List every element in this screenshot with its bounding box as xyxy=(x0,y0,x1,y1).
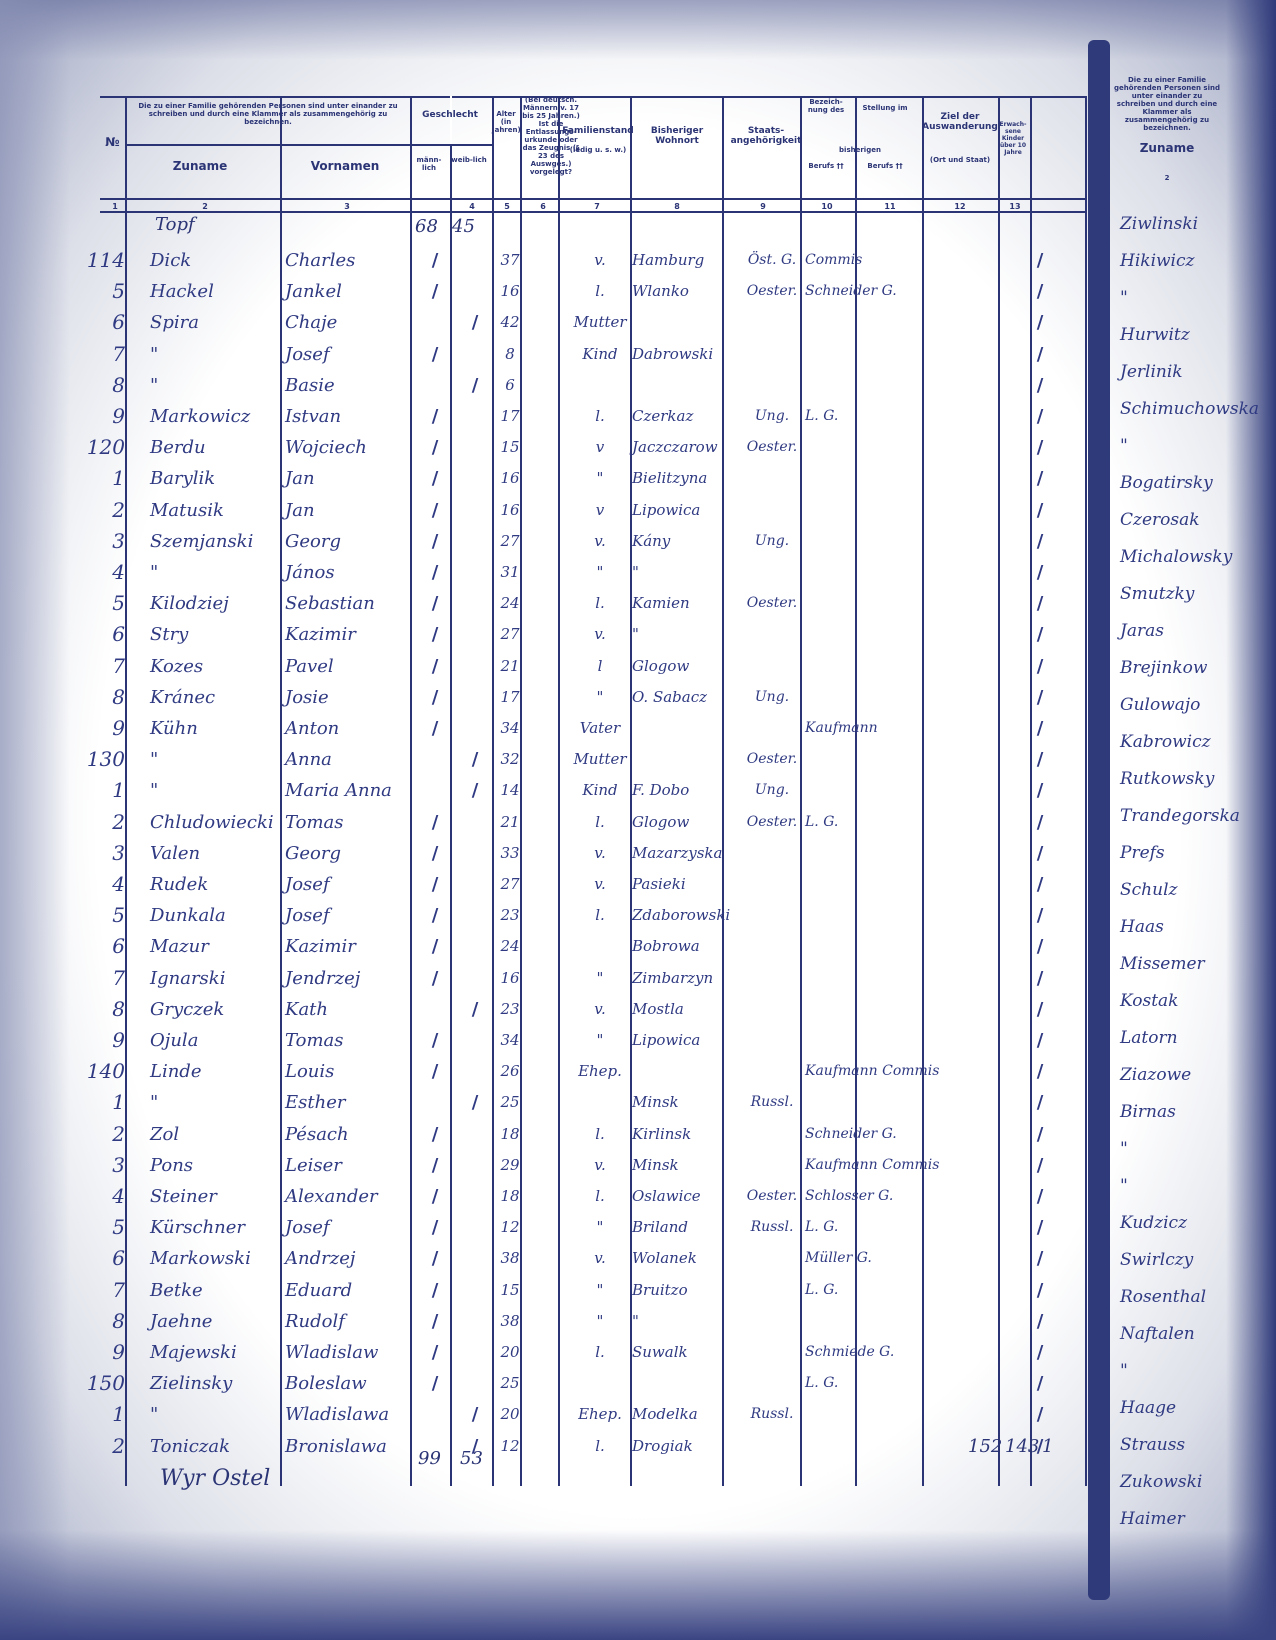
cell-given: Basie xyxy=(285,371,415,400)
check-mark: / xyxy=(1025,901,1055,930)
cell-f xyxy=(455,714,495,743)
cell-given: Alexander xyxy=(285,1182,415,1211)
cell-age: 16 xyxy=(495,496,525,525)
cell-m: / xyxy=(415,433,455,462)
table-row: 114DickCharles/37v.HamburgÖst. G.Commis/ xyxy=(100,246,1085,275)
cell-occupation xyxy=(805,620,945,649)
cell-no: 7 xyxy=(55,964,125,993)
cell-m: / xyxy=(415,714,455,743)
adjacent-surname: Schimuchowska xyxy=(1120,399,1259,419)
adjacent-surname: Jaras xyxy=(1120,621,1164,641)
check-mark: / xyxy=(1025,1151,1055,1180)
table-row: 7KozesPavel/21lGlogow/ xyxy=(100,652,1085,681)
cell-family: v. xyxy=(565,870,635,899)
cell-f: / xyxy=(455,371,495,400)
cell-f xyxy=(455,1369,495,1398)
cell-family: l. xyxy=(565,402,635,431)
table-row: 1"Maria Anna/14KindF. DoboUng./ xyxy=(100,776,1085,805)
cell-occupation xyxy=(805,371,945,400)
cell-f xyxy=(455,652,495,681)
grid-row-line xyxy=(125,144,410,146)
cell-age: 15 xyxy=(495,1276,525,1305)
cell-age: 38 xyxy=(495,1244,525,1273)
cell-no: 4 xyxy=(55,870,125,899)
cell-f xyxy=(455,1182,495,1211)
cell-nationality xyxy=(732,1026,812,1055)
cell-no: 6 xyxy=(55,620,125,649)
check-mark: / xyxy=(1025,1276,1055,1305)
table-row: 6MazurKazimir/24Bobrowa/ xyxy=(100,932,1085,961)
cell-given: Charles xyxy=(285,246,415,275)
table-row: 7BetkeEduard/15"BruitzoL. G./ xyxy=(100,1276,1085,1305)
cell-f xyxy=(455,901,495,930)
cell-age: 42 xyxy=(495,308,525,337)
cell-given: Wladislawa xyxy=(285,1400,415,1429)
cell-f: / xyxy=(455,995,495,1024)
column-number: 7 xyxy=(582,202,612,211)
cell-no: 130 xyxy=(55,745,125,774)
table-row: 3SzemjanskiGeorg/27v.KányUng./ xyxy=(100,527,1085,556)
cell-residence: Drogiak xyxy=(632,1432,732,1461)
cell-residence: Kány xyxy=(632,527,732,556)
cell-nationality xyxy=(732,839,812,868)
cell-nationality: Russl. xyxy=(732,1213,812,1242)
previous-header: bisherigen xyxy=(800,146,920,154)
column-number: 9 xyxy=(748,202,778,211)
cell-nationality xyxy=(732,652,812,681)
check-mark: / xyxy=(1025,1213,1055,1242)
cell-nationality xyxy=(732,620,812,649)
cell-nationality xyxy=(732,1151,812,1180)
check-mark: / xyxy=(1025,1307,1055,1336)
cell-nationality: Oester. xyxy=(732,1182,812,1211)
table-row: 2ToniczakBronislawa/12l.Drogiak/ xyxy=(100,1432,1085,1461)
cell-residence: Bielitzyna xyxy=(632,464,732,493)
cell-f xyxy=(455,932,495,961)
cell-residence: Briland xyxy=(632,1213,732,1242)
cell-given: Kath xyxy=(285,995,415,1024)
cell-family: l. xyxy=(565,1432,635,1461)
adjacent-page: Die zu einer Familie gehörenden Personen… xyxy=(1112,96,1232,1496)
cell-given: Tomas xyxy=(285,1026,415,1055)
cell-age: 21 xyxy=(495,808,525,837)
cell-nationality xyxy=(732,995,812,1024)
cell-occupation xyxy=(805,1432,945,1461)
cell-nationality: Russl. xyxy=(732,1400,812,1429)
cell-no: 8 xyxy=(55,995,125,1024)
cell-no: 1 xyxy=(55,464,125,493)
cell-no: 3 xyxy=(55,1151,125,1180)
cell-residence: Glogow xyxy=(632,808,732,837)
cell-residence: " xyxy=(632,620,732,649)
cell-no: 8 xyxy=(55,683,125,712)
check-mark: / xyxy=(1025,589,1055,618)
cell-f: / xyxy=(455,308,495,337)
cell-f xyxy=(455,433,495,462)
cell-no: 6 xyxy=(55,932,125,961)
cell-no: 2 xyxy=(55,496,125,525)
cell-no: 8 xyxy=(55,1307,125,1336)
cell-m: / xyxy=(415,683,455,712)
cell-residence: " xyxy=(632,1307,732,1336)
cell-given: Josef xyxy=(285,340,415,369)
table-row: 9MajewskiWladislaw/20l.SuwalkSchmiede G.… xyxy=(100,1338,1085,1367)
cell-age: 6 xyxy=(495,371,525,400)
cell-m: / xyxy=(415,964,455,993)
cell-f xyxy=(455,1026,495,1055)
cell-nationality xyxy=(732,932,812,961)
position-subheader: Berufs †† xyxy=(855,162,915,170)
table-row: 5HackelJankel/16l.WlankoOester.Schneider… xyxy=(100,277,1085,306)
table-row: 2MatusikJan/16vLipowica/ xyxy=(100,496,1085,525)
cell-nationality xyxy=(732,496,812,525)
cell-age: 16 xyxy=(495,277,525,306)
cell-m: / xyxy=(415,1276,455,1305)
check-mark: / xyxy=(1025,558,1055,587)
cell-m: / xyxy=(415,870,455,899)
cell-no: 114 xyxy=(55,246,125,275)
column-number: 13 xyxy=(1000,202,1030,211)
cell-family: l. xyxy=(565,901,635,930)
cell-occupation: Schmiede G. xyxy=(805,1338,945,1367)
cell-given: Jan xyxy=(285,496,415,525)
check-mark: / xyxy=(1025,964,1055,993)
cell-residence: Suwalk xyxy=(632,1338,732,1367)
cell-family: l xyxy=(565,652,635,681)
cell-no: 1 xyxy=(55,1088,125,1117)
cell-age: 8 xyxy=(495,340,525,369)
cell-m: / xyxy=(415,901,455,930)
cell-occupation xyxy=(805,964,945,993)
cell-age: 21 xyxy=(495,652,525,681)
cell-m: / xyxy=(415,1026,455,1055)
grid-row-line xyxy=(100,198,1085,200)
cell-m xyxy=(415,1088,455,1117)
check-mark: / xyxy=(1025,652,1055,681)
column-number: 4 xyxy=(457,202,487,211)
nationality-header: Staats-angehörigkeit xyxy=(722,126,810,147)
cell-family: Ehep. xyxy=(565,1057,635,1086)
cell-given: Andrzej xyxy=(285,1244,415,1273)
check-mark: / xyxy=(1025,808,1055,837)
cell-family: " xyxy=(565,558,635,587)
cell-given: Anton xyxy=(285,714,415,743)
cell-residence: Kirlinsk xyxy=(632,1120,732,1149)
cell-no: 140 xyxy=(55,1057,125,1086)
cell-no: 2 xyxy=(55,1120,125,1149)
check-mark: / xyxy=(1025,714,1055,743)
cell-occupation xyxy=(805,433,945,462)
destination-header: Ziel der Auswanderung xyxy=(922,112,998,133)
table-row: 2ZolPésach/18l.KirlinskSchneider G./ xyxy=(100,1120,1085,1149)
cell-no: 3 xyxy=(55,839,125,868)
cell-family: Mutter xyxy=(565,308,635,337)
check-mark: / xyxy=(1025,308,1055,337)
adjacent-surname: Kabrowicz xyxy=(1120,732,1211,752)
cell-m: / xyxy=(415,402,455,431)
check-mark: / xyxy=(1025,1182,1055,1211)
cell-residence: Czerkaz xyxy=(632,402,732,431)
cell-occupation xyxy=(805,932,945,961)
cell-occupation: L. G. xyxy=(805,808,945,837)
cell-age: 17 xyxy=(495,402,525,431)
adjacent-surname: " xyxy=(1120,288,1128,308)
column-number: 3 xyxy=(332,202,362,211)
table-row: 4RudekJosef/27v.Pasieki/ xyxy=(100,870,1085,899)
scan-shadow-bottom xyxy=(0,1530,1276,1640)
cell-f xyxy=(455,1213,495,1242)
cell-f xyxy=(455,340,495,369)
female-header: weib-lich xyxy=(450,156,488,164)
cell-family: v. xyxy=(565,527,635,556)
column-number: 8 xyxy=(662,202,692,211)
cell-family: v. xyxy=(565,995,635,1024)
cell-occupation xyxy=(805,683,945,712)
cell-m xyxy=(415,995,455,1024)
cell-given: Wojciech xyxy=(285,433,415,462)
cell-residence: Minsk xyxy=(632,1151,732,1180)
cell-age: 37 xyxy=(495,246,525,275)
table-row: 4"János/31""/ xyxy=(100,558,1085,587)
adjacent-surname: Latorn xyxy=(1120,1028,1178,1048)
grid-row-line xyxy=(100,211,1085,213)
cell-age: 14 xyxy=(495,776,525,805)
adjacent-surname: Rutkowsky xyxy=(1120,769,1214,789)
adjacent-surname: Swirlczy xyxy=(1120,1250,1193,1270)
adjacent-surname: Gulowajo xyxy=(1120,695,1200,715)
age-header: Alter (in Jahren) xyxy=(492,110,520,134)
cell-residence: Pasieki xyxy=(632,870,732,899)
cell-nationality: Ung. xyxy=(732,402,812,431)
cell-family: v. xyxy=(565,1244,635,1273)
cell-age: 24 xyxy=(495,932,525,961)
cell-nationality: Oester. xyxy=(732,433,812,462)
cell-f xyxy=(455,464,495,493)
adjacent-surname: " xyxy=(1120,1139,1128,1159)
cell-residence: Glogow xyxy=(632,652,732,681)
cell-m: / xyxy=(415,527,455,556)
check-mark: / xyxy=(1025,464,1055,493)
cell-f xyxy=(455,683,495,712)
cell-f xyxy=(455,964,495,993)
cell-no: 5 xyxy=(55,277,125,306)
check-mark: / xyxy=(1025,1057,1055,1086)
cell-m: / xyxy=(415,1307,455,1336)
cell-no: 1 xyxy=(55,1400,125,1429)
cell-occupation: Schneider G. xyxy=(805,1120,945,1149)
cell-f xyxy=(455,808,495,837)
cell-occupation: Müller G. xyxy=(805,1244,945,1273)
cell-residence: Kamien xyxy=(632,589,732,618)
cell-no: 7 xyxy=(55,340,125,369)
cell-occupation: Commis xyxy=(805,246,945,275)
table-row: 1"Wladislawa/20Ehep.ModelkaRussl./ xyxy=(100,1400,1085,1429)
cell-family xyxy=(565,1088,635,1117)
cell-age: 24 xyxy=(495,589,525,618)
table-row: 130"Anna/32MutterOester./ xyxy=(100,745,1085,774)
cell-residence xyxy=(632,745,732,774)
cell-age: 23 xyxy=(495,995,525,1024)
cell-residence: Zdaborowski xyxy=(632,901,732,930)
cell-given: Georg xyxy=(285,839,415,868)
cell-occupation: L. G. xyxy=(805,1213,945,1242)
cell-occupation: Schneider G. xyxy=(805,277,945,306)
cell-residence: Lipowica xyxy=(632,1026,732,1055)
cell-family: v. xyxy=(565,246,635,275)
table-row: 7"Josef/8KindDabrowski/ xyxy=(100,340,1085,369)
adjacent-surname: " xyxy=(1120,1361,1128,1381)
cell-f xyxy=(455,839,495,868)
cell-age: 20 xyxy=(495,1338,525,1367)
total-male: 99 xyxy=(418,1448,441,1469)
sex-header: Geschlecht xyxy=(410,110,490,120)
cell-nationality xyxy=(732,964,812,993)
cell-occupation xyxy=(805,652,945,681)
cell-nationality xyxy=(732,371,812,400)
cell-nationality xyxy=(732,714,812,743)
col13-header: Erwach-sene Kinder über 10 Jahre xyxy=(998,122,1028,156)
check-mark: / xyxy=(1025,340,1055,369)
table-row: 5KürschnerJosef/12"BrilandRussl.L. G./ xyxy=(100,1213,1085,1242)
adjacent-surname-header: Zuname xyxy=(1112,142,1222,156)
register-page: Die zu einer Familie gehörenden Personen… xyxy=(100,96,1085,1496)
cell-occupation xyxy=(805,901,945,930)
cell-no: 9 xyxy=(55,402,125,431)
adjacent-surname: Haage xyxy=(1120,1398,1176,1418)
adjacent-surname: Ziwlinski xyxy=(1120,214,1198,234)
table-row: 8"Basie/6/ xyxy=(100,371,1085,400)
cell-family: " xyxy=(565,683,635,712)
check-mark: / xyxy=(1025,1026,1055,1055)
cell-age: 15 xyxy=(495,433,525,462)
cell-m: / xyxy=(415,277,455,306)
cell-f xyxy=(455,246,495,275)
cell-f xyxy=(455,1244,495,1273)
cell-given: Bronislawa xyxy=(285,1432,415,1461)
table-row: 7IgnarskiJendrzej/16"Zimbarzyn/ xyxy=(100,964,1085,993)
cell-occupation: Kaufmann Commis xyxy=(805,1057,945,1086)
cell-family: v. xyxy=(565,1151,635,1180)
cell-age: 27 xyxy=(495,870,525,899)
cell-nationality xyxy=(732,901,812,930)
adjacent-surname: Strauss xyxy=(1120,1435,1185,1455)
adjacent-surname: Hikiwicz xyxy=(1120,251,1194,271)
cell-given: Josef xyxy=(285,1213,415,1242)
cell-family: " xyxy=(565,1213,635,1242)
cell-residence: Mostla xyxy=(632,995,732,1024)
cell-nationality xyxy=(732,1307,812,1336)
cell-nationality xyxy=(732,870,812,899)
cell-m: / xyxy=(415,496,455,525)
cell-nationality xyxy=(732,1432,812,1461)
cell-residence xyxy=(632,308,732,337)
cell-given: Rudolf xyxy=(285,1307,415,1336)
column-number: 5 xyxy=(492,202,522,211)
cell-nationality: Ung. xyxy=(732,683,812,712)
cell-no: 9 xyxy=(55,1338,125,1367)
cell-nationality xyxy=(732,1244,812,1273)
cell-no: 7 xyxy=(55,1276,125,1305)
cell-age: 16 xyxy=(495,964,525,993)
cell-no: 5 xyxy=(55,589,125,618)
cell-m: / xyxy=(415,340,455,369)
cell-f xyxy=(455,1338,495,1367)
cell-f xyxy=(455,1307,495,1336)
check-mark: / xyxy=(1025,496,1055,525)
cell-family: v. xyxy=(565,839,635,868)
cell-residence: " xyxy=(632,558,732,587)
table-row: 6SpiraChaje/42Mutter/ xyxy=(100,308,1085,337)
table-row: 150ZielinskyBoleslaw/25L. G./ xyxy=(100,1369,1085,1398)
cell-nationality xyxy=(732,340,812,369)
cell-given: Pavel xyxy=(285,652,415,681)
cell-m: / xyxy=(415,1369,455,1398)
column-number: 10 xyxy=(812,202,842,211)
cell-age: 27 xyxy=(495,620,525,649)
total-col12-b: 143 xyxy=(1005,1436,1039,1457)
cell-family xyxy=(565,1369,635,1398)
cell-given: Istvan xyxy=(285,402,415,431)
check-mark: / xyxy=(1025,776,1055,805)
cell-nationality: Öst. G. xyxy=(732,246,812,275)
cell-f xyxy=(455,589,495,618)
cell-no: 7 xyxy=(55,652,125,681)
cell-occupation xyxy=(805,308,945,337)
adjacent-surname: Haas xyxy=(1120,917,1164,937)
book-gutter xyxy=(1088,40,1110,1600)
check-mark: / xyxy=(1025,1369,1055,1398)
scan-shadow-top xyxy=(0,0,1276,60)
adjacent-surname: " xyxy=(1120,1176,1128,1196)
cell-occupation: L. G. xyxy=(805,402,945,431)
adjacent-surname: Ziazowe xyxy=(1120,1065,1191,1085)
table-row: 1"Esther/25MinskRussl./ xyxy=(100,1088,1085,1117)
cell-m: / xyxy=(415,1182,455,1211)
cell-residence: Bruitzo xyxy=(632,1276,732,1305)
check-mark: / xyxy=(1025,620,1055,649)
cell-residence: Mazarzyska xyxy=(632,839,732,868)
cell-family: " xyxy=(565,964,635,993)
cell-family: Kind xyxy=(565,776,635,805)
check-mark: / xyxy=(1025,839,1055,868)
grid-row-line xyxy=(100,96,1085,98)
surname-note-top: Topf xyxy=(155,214,195,235)
column-number-sign: № xyxy=(100,136,125,150)
table-row: 6MarkowskiAndrzej/38v.WolanekMüller G./ xyxy=(100,1244,1085,1273)
cell-given: Kazimir xyxy=(285,620,415,649)
cell-f xyxy=(455,1276,495,1305)
cell-given: Jankel xyxy=(285,277,415,306)
cell-nationality: Oester. xyxy=(732,589,812,618)
cell-no: 5 xyxy=(55,1213,125,1242)
cell-family xyxy=(565,371,635,400)
cell-family: v. xyxy=(565,620,635,649)
cell-family: Vater xyxy=(565,714,635,743)
cell-m: / xyxy=(415,1120,455,1149)
cell-nationality: Ung. xyxy=(732,776,812,805)
cell-family: l. xyxy=(565,589,635,618)
cell-nationality xyxy=(732,464,812,493)
adjacent-surname: Hurwitz xyxy=(1120,325,1190,345)
cell-occupation: L. G. xyxy=(805,1369,945,1398)
cell-age: 27 xyxy=(495,527,525,556)
adjacent-surname: Trandegorska xyxy=(1120,806,1240,826)
cell-occupation xyxy=(805,527,945,556)
cell-residence: Zimbarzyn xyxy=(632,964,732,993)
cell-given: Chaje xyxy=(285,308,415,337)
table-row: 5KilodziejSebastian/24l.KamienOester./ xyxy=(100,589,1085,618)
cell-m xyxy=(415,371,455,400)
